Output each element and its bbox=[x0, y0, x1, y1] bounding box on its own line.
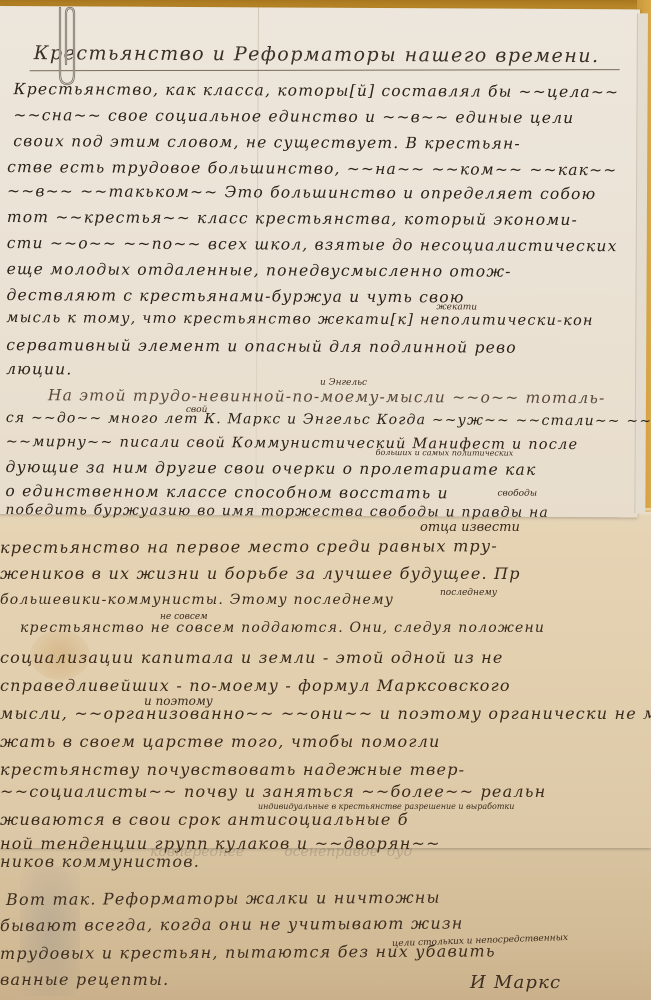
title-underline bbox=[30, 69, 620, 71]
sheet-1-line-5: ~~в~~ ~~такьком~~ Это большинство и опре… bbox=[7, 182, 596, 203]
sheet-3-line-5: ванные рецепты. bbox=[0, 970, 169, 989]
sheet-1-line-9: дествляют с крестьянами-буржуа и чуть св… bbox=[6, 286, 464, 306]
manuscript-sheet-3: ковпереднее осенеправде буд ников коммун… bbox=[0, 846, 651, 1000]
sheet-2-line-11: живаются в свои срок антисоциальные б bbox=[0, 810, 409, 829]
sheet-2-line-3: большевики-коммунисты. Этому последнему bbox=[0, 592, 394, 608]
sheet-1-line-16: дующие за ним другие свои очерки о проле… bbox=[6, 458, 537, 479]
manuscript-sheet-1: Крестьянство и Реформаторы нашего времен… bbox=[0, 6, 640, 517]
manuscript-sheet-2: отца извести крестьянство на первое мест… bbox=[0, 512, 651, 848]
sheet-1-line-3: своих под этим словом, не существует. В … bbox=[13, 132, 521, 153]
sheet-2-note-1: отца извести bbox=[420, 520, 520, 535]
paperclip-icon bbox=[52, 4, 82, 88]
sheet-1-line-1: Крестьянство, как класса, которы[й] сост… bbox=[14, 80, 620, 101]
sheet-2-line-5: социализации капитала и земли - этой одн… bbox=[0, 648, 504, 667]
sheet-1-line-6: тот ~~крестья~~ класс крестьянства, кото… bbox=[7, 208, 578, 229]
sheet-1-line-2: ~~сна~~ свое социальное единство и ~~в~~… bbox=[13, 106, 574, 127]
sheet-2-line-4: крестьянство не совсем поддаются. Они, с… bbox=[20, 620, 545, 636]
sheet-1-line-10: мысль к тому, что крестьянство жекати[к]… bbox=[6, 310, 593, 329]
sheet-3-signature: И Маркс bbox=[470, 972, 561, 993]
sheet-2-line-9: крестьянству почувствовать надежные твер… bbox=[0, 760, 465, 779]
sheet-2-line-8: жать в своем царстве того, чтобы помогли bbox=[0, 732, 441, 751]
sheet-1-line-17: о единственном классе способном восстать… bbox=[5, 482, 448, 502]
sheet-1-line-7: сти ~~о~~ ~~по~~ всех школ, взятые до не… bbox=[7, 234, 618, 255]
sheet-1-line-8: еще молодых отдаленные, понедвусмысленно… bbox=[7, 260, 512, 281]
sheet-1-line-4: стве есть трудовое большинство, ~~на~~ ~… bbox=[7, 158, 617, 179]
sheet-1-line-13: На этой трудо-невинной-по-моему-мысли ~~… bbox=[48, 386, 606, 407]
sheet-1-line-18: победить буржуазию во имя торжества своб… bbox=[5, 502, 549, 521]
manuscript-title: Крестьянство и Реформаторы нашего времен… bbox=[34, 42, 600, 67]
sheet-2-note-2: последнему bbox=[440, 588, 497, 598]
sheet-3-line-4: трудовых и крестьян, пытаются без них уб… bbox=[0, 941, 496, 963]
sheet-3-line-3: бывают всегда, когда они не учитывают жи… bbox=[0, 914, 464, 935]
sheet-1-line-12: люции. bbox=[6, 360, 73, 378]
sheet-2-line-12: ной тенденции групп кулаков и ~~дворян~~ bbox=[0, 834, 441, 853]
sheet-3-line-2: Вот так. Реформаторы жалки и ничтожны bbox=[6, 888, 441, 909]
sheet-2-line-2: жеников в их жизни и борьбе за лучшее бу… bbox=[0, 564, 521, 583]
sheet-1-line-11: сервативный элемент и опасный для подлин… bbox=[6, 336, 517, 357]
sheet-2-line-10: ~~социалисты~~ почву и заняться ~~более~… bbox=[0, 782, 546, 801]
sheet-1-note-1: жекати bbox=[436, 302, 477, 312]
sheet-2-line-7: мысли, ~~организованно~~ ~~они~~ и поэто… bbox=[0, 704, 651, 723]
sheet-1-note-3: и Энгельс bbox=[320, 378, 367, 388]
sheet-1-note-5: свободы bbox=[497, 489, 537, 499]
sheet-1-line-14: ся ~~до~~ много лет К. Маркс и Энгельс К… bbox=[6, 410, 651, 430]
sheet-2-line-1: крестьянство на первое место среди равны… bbox=[0, 536, 498, 557]
sheet-1-note-4: больших и самых политических bbox=[376, 448, 514, 458]
sheet-2-line-6: справедливейших - по-моему - формул Марк… bbox=[0, 676, 511, 695]
sheet-3-line-1: ников коммунистов. bbox=[0, 852, 200, 871]
